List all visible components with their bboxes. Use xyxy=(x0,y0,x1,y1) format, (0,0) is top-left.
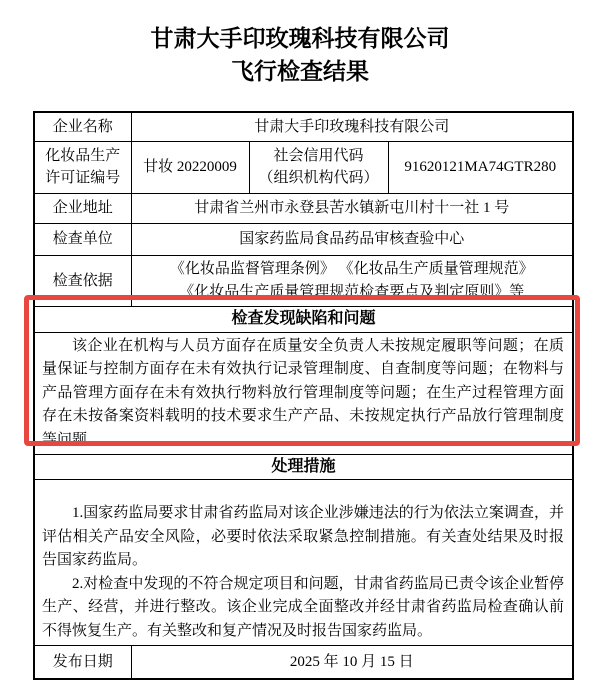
company-name-value: 甘肃大手印玫瑰科技有限公司 xyxy=(131,112,573,141)
inspection-basis-label: 检查依据 xyxy=(34,255,131,306)
company-name-label: 企业名称 xyxy=(34,112,131,141)
license-label: 化妆品生产 许可证编号 xyxy=(34,141,131,193)
measures-paragraph-2: 2.对检查中发现的不符合规定项目和问题，甘肃省药监局已责令该企业暂停生产、经营，… xyxy=(42,573,564,644)
defects-paragraph: 该企业在机构与人员方面存在质量安全负责人未按规定履职等问题；在质量保证与控制方面… xyxy=(42,335,564,453)
credit-code-label: 社会信用代码 （组织机构代码） xyxy=(249,141,388,193)
document-title-line1: 甘肃大手印玫瑰科技有限公司 xyxy=(0,22,600,55)
address-value: 甘肃省兰州市永登县苦水镇新屯川村十一社 1 号 xyxy=(131,193,573,223)
table-row-address: 企业地址 甘肃省兰州市永登县苦水镇新屯川村十一社 1 号 xyxy=(34,193,573,223)
inspection-unit-value: 国家药监局食品药品审核查验中心 xyxy=(131,223,573,255)
document-page: 甘肃大手印玫瑰科技有限公司 飞行检查结果 企业名称 甘肃大手印玫瑰科技有限公司 … xyxy=(0,0,600,695)
table-row-publish-date: 发布日期 2025 年 10 月 15 日 xyxy=(34,646,573,679)
publish-date-label: 发布日期 xyxy=(34,646,131,679)
defects-section-header: 检查发现缺陷和问题 xyxy=(34,306,573,332)
license-number: 甘妆 20220009 xyxy=(131,141,249,193)
defects-content-cell: 该企业在机构与人员方面存在质量安全负责人未按规定履职等问题；在质量保证与控制方面… xyxy=(34,332,573,455)
measures-content-cell: 1.国家药监局要求甘肃省药监局对该企业涉嫌违法的行为依法立案调查，并评估相关产品… xyxy=(34,480,573,646)
credit-code-value: 91620121MA74GTR280 xyxy=(388,141,573,193)
table-row-defects-content: 该企业在机构与人员方面存在质量安全负责人未按规定履职等问题；在质量保证与控制方面… xyxy=(34,332,573,455)
table-row-license: 化妆品生产 许可证编号 甘妆 20220009 社会信用代码 （组织机构代码） … xyxy=(34,141,573,193)
table-row-inspection-basis: 检查依据 《化妆品监督管理条例》 《化妆品生产质量管理规范》 《化妆品生产质量管… xyxy=(34,255,573,306)
document-title-line2: 飞行检查结果 xyxy=(0,55,600,88)
table-row-measures-content: 1.国家药监局要求甘肃省药监局对该企业涉嫌违法的行为依法立案调查，并评估相关产品… xyxy=(34,480,573,646)
inspection-basis-value: 《化妆品监督管理条例》 《化妆品生产质量管理规范》 《化妆品生产质量管理规范检查… xyxy=(131,255,573,306)
table-row-measures-header: 处理措施 xyxy=(34,455,573,480)
table-row-inspection-unit: 检查单位 国家药监局食品药品审核查验中心 xyxy=(34,223,573,255)
table-row-company-name: 企业名称 甘肃大手印玫瑰科技有限公司 xyxy=(34,112,573,141)
table-row-defects-header: 检查发现缺陷和问题 xyxy=(34,306,573,332)
document-title: 甘肃大手印玫瑰科技有限公司 飞行检查结果 xyxy=(0,0,600,88)
measures-section-header: 处理措施 xyxy=(34,455,573,480)
measures-paragraph-1: 1.国家药监局要求甘肃省药监局对该企业涉嫌违法的行为依法立案调查，并评估相关产品… xyxy=(42,502,564,573)
inspection-result-table: 企业名称 甘肃大手印玫瑰科技有限公司 化妆品生产 许可证编号 甘妆 202200… xyxy=(33,111,574,680)
address-label: 企业地址 xyxy=(34,193,131,223)
publish-date-value: 2025 年 10 月 15 日 xyxy=(131,646,573,679)
inspection-unit-label: 检查单位 xyxy=(34,223,131,255)
